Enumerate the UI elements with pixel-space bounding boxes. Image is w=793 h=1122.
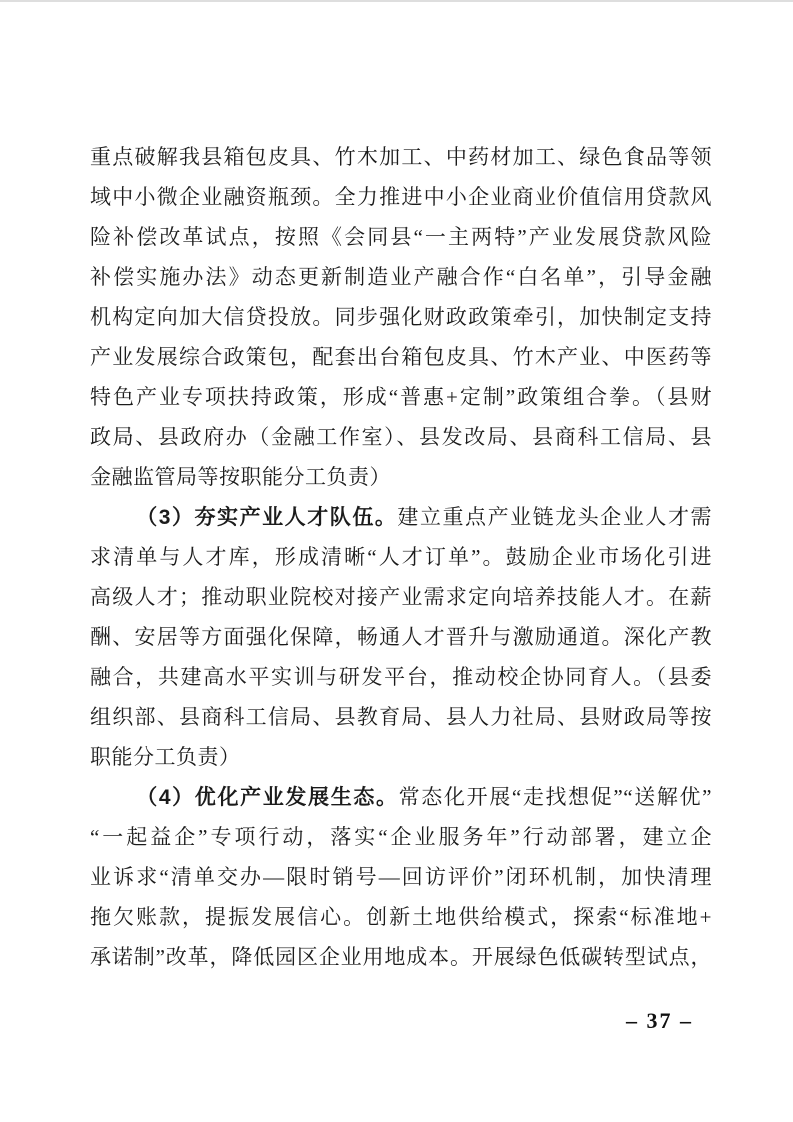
text-line: 域中小微企业融资瓶颈。全力推进中小企业商业价值信用贷款风 — [90, 177, 712, 217]
text-line: 拖欠账款，提振发展信心。创新土地供给模式，探索“标准地+ — [90, 897, 712, 937]
document-body: 重点破解我县箱包皮具、竹木加工、中药材加工、绿色食品等领域中小微企业融资瓶颈。全… — [90, 137, 712, 977]
paragraph-lead-bold: （4）优化产业发展生态。 — [136, 786, 398, 809]
text-line: 求清单与人才库，形成清晰“人才订单”。鼓励企业市场化引进 — [90, 537, 712, 577]
scan-edge-line — [0, 0, 793, 2]
text-line: 机构定向加大信贷投放。同步强化财政政策牵引，加快制定支持 — [90, 297, 712, 337]
document-page: 重点破解我县箱包皮具、竹木加工、中药材加工、绿色食品等领域中小微企业融资瓶颈。全… — [0, 0, 793, 1122]
text-line: 金融监管局等按职能分工负责） — [90, 457, 712, 497]
text-line: 组织部、县商科工信局、县教育局、县人力社局、县财政局等按 — [90, 697, 712, 737]
text-line: 高级人才；推动职业院校对接产业需求定向培养技能人才。在薪 — [90, 577, 712, 617]
paragraph-lead-bold: （3）夯实产业人才队伍。 — [136, 506, 397, 529]
text-line: 业诉求“清单交办—限时销号—回访评价”闭环机制，加快清理 — [90, 857, 712, 897]
text-line: 承诺制”改革，降低园区企业用地成本。开展绿色低碳转型试点， — [90, 937, 712, 977]
text-line: 酬、安居等方面强化保障，畅通人才晋升与激励通道。深化产教 — [90, 617, 712, 657]
text-line: 特色产业专项扶持政策，形成“普惠+定制”政策组合拳。（县财 — [90, 377, 712, 417]
text-line: 政局、县政府办（金融工作室）、县发改局、县商科工信局、县 — [90, 417, 712, 457]
text-line: 重点破解我县箱包皮具、竹木加工、中药材加工、绿色食品等领 — [90, 137, 712, 177]
text-line: “一起益企”专项行动，落实“企业服务年”行动部署，建立企 — [90, 817, 712, 857]
text-line: （3）夯实产业人才队伍。建立重点产业链龙头企业人才需 — [90, 497, 712, 537]
text-line: 职能分工负责） — [90, 737, 712, 777]
text-line: 补偿实施办法》动态更新制造业产融合作“白名单”，引导金融 — [90, 257, 712, 297]
text-line: 险补偿改革试点，按照《会同县“一主两特”产业发展贷款风险 — [90, 217, 712, 257]
text-line: （4）优化产业发展生态。常态化开展“走找想促”“送解优” — [90, 777, 712, 817]
page-number: – 37 – — [626, 1008, 693, 1034]
text-line: 产业发展综合政策包，配套出台箱包皮具、竹木产业、中医药等 — [90, 337, 712, 377]
text-line: 融合，共建高水平实训与研发平台，推动校企协同育人。（县委 — [90, 657, 712, 697]
